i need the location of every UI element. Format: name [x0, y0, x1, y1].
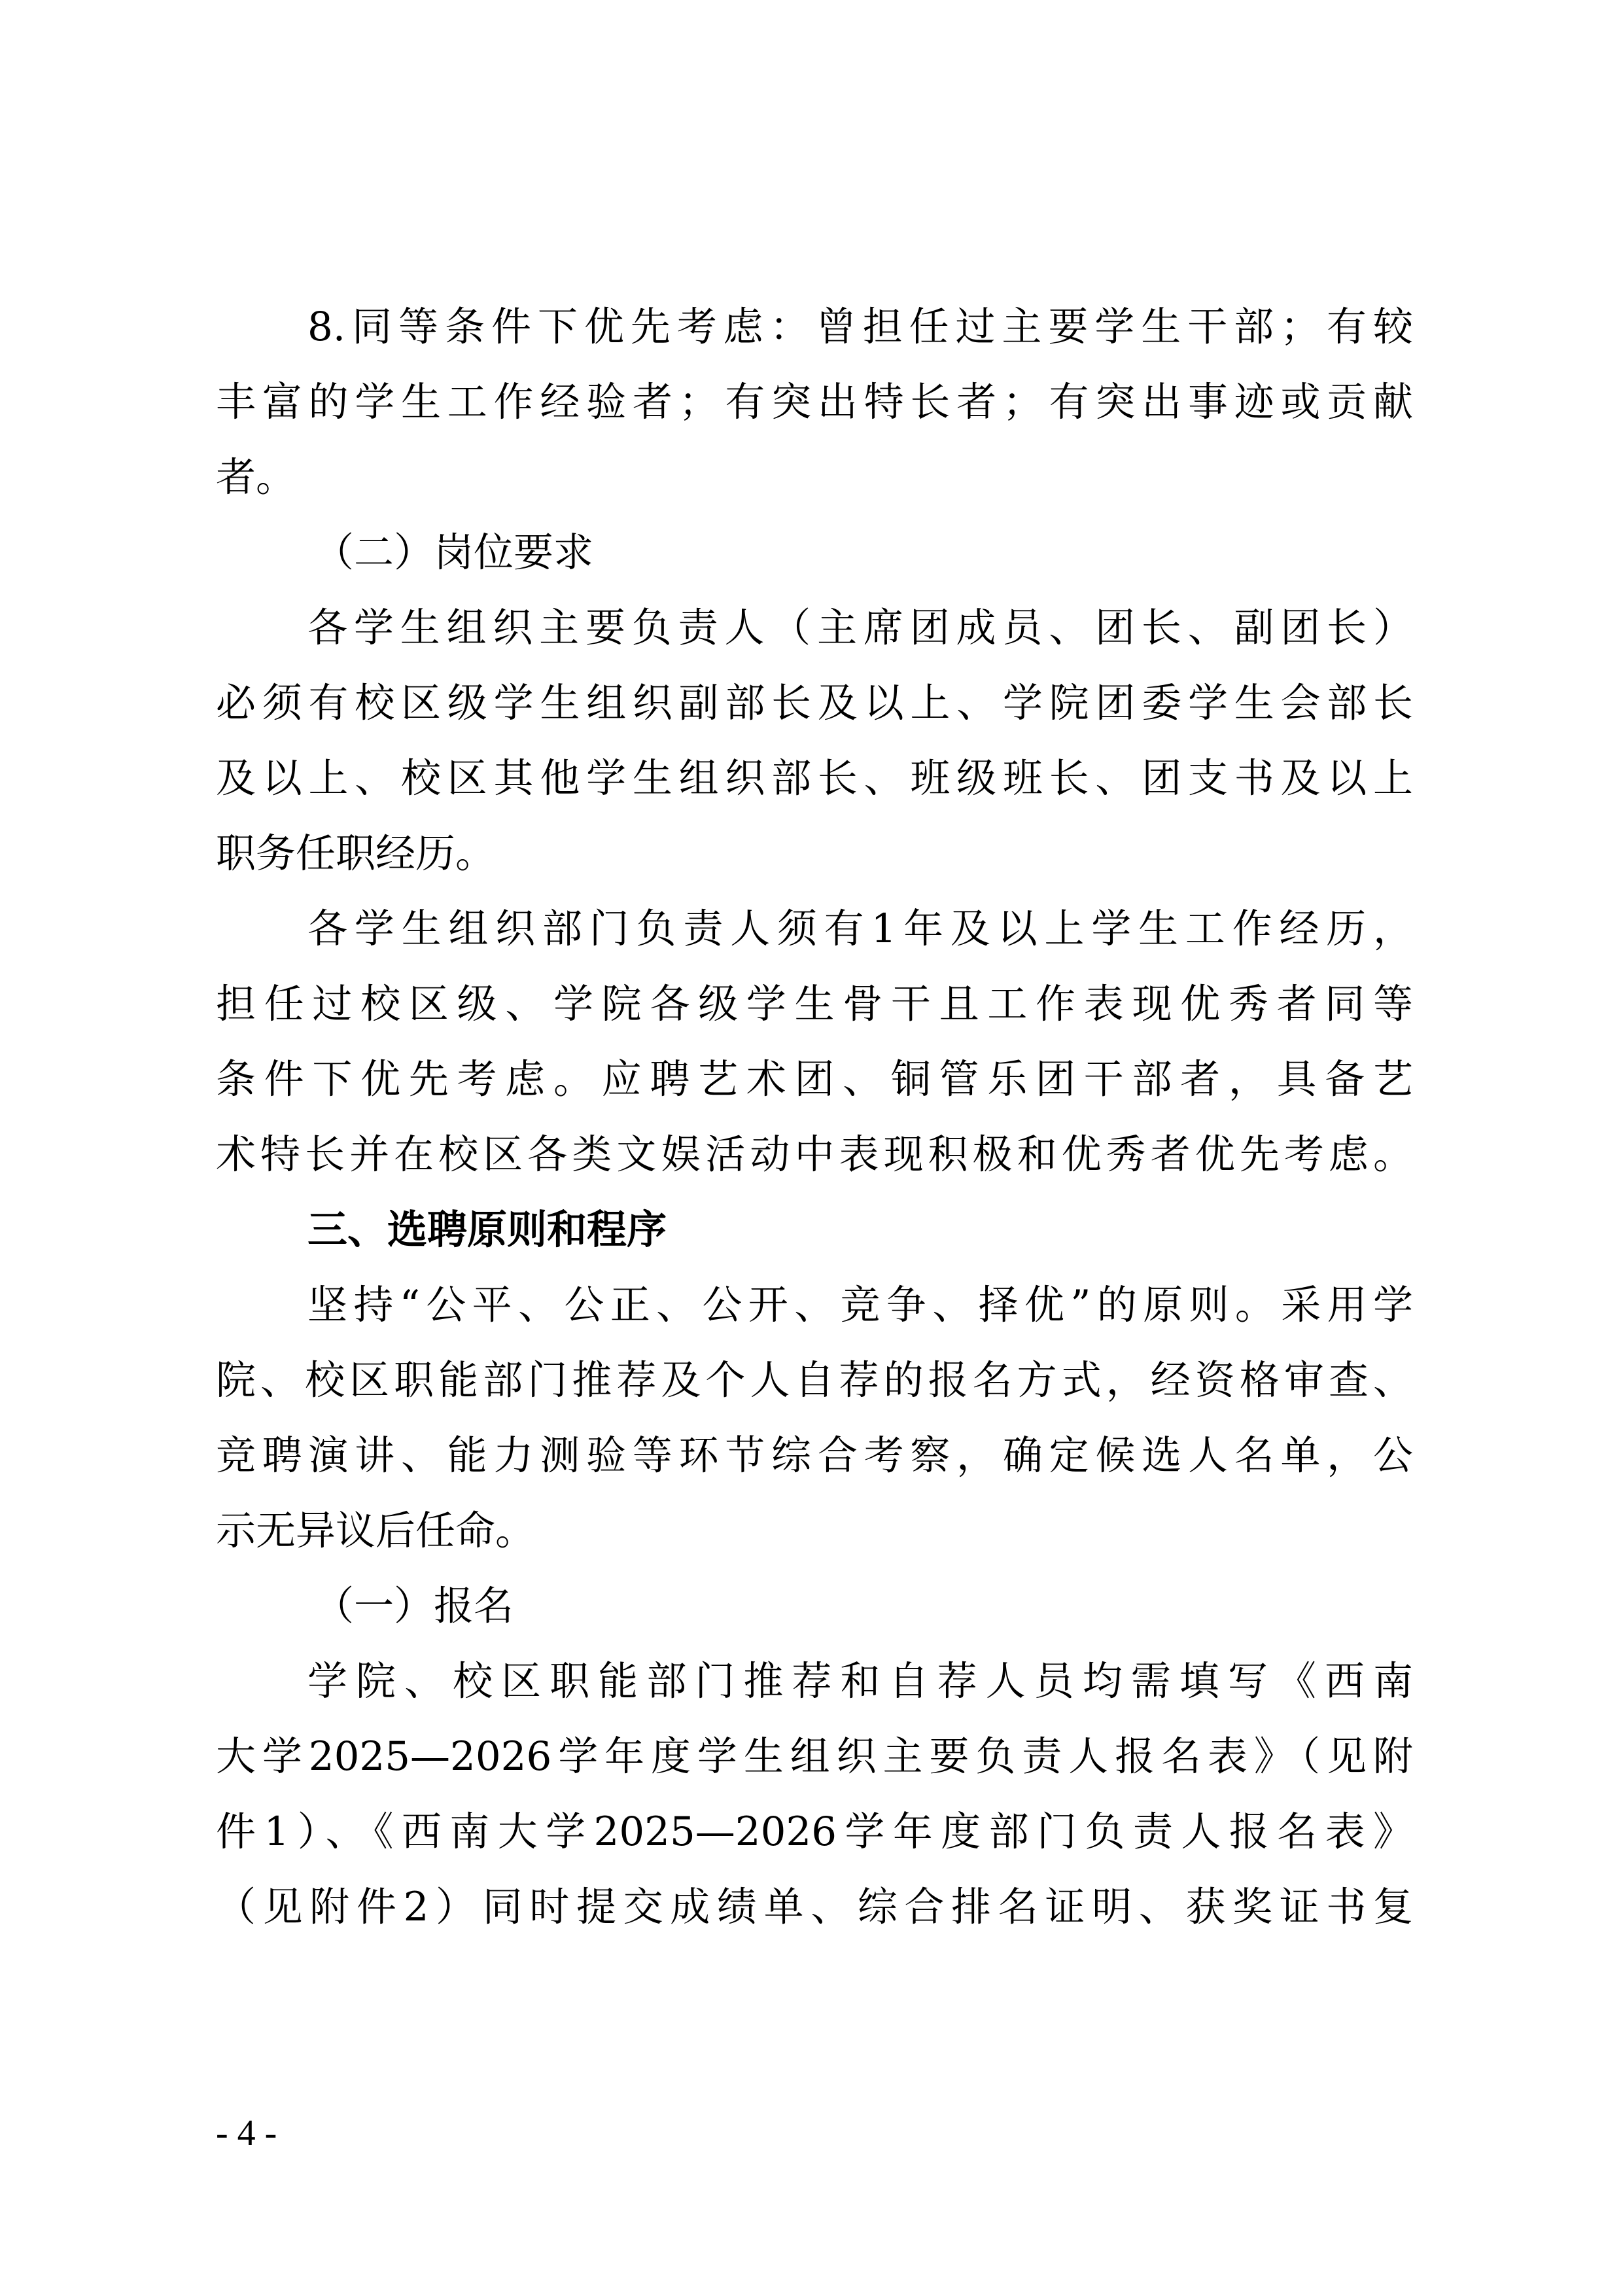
paragraph-line: 示无异议后任命。	[216, 1498, 1413, 1564]
paragraph-line: 必须有校区级学生组织副部长及以上、学院团委学生会部长	[216, 671, 1413, 736]
paragraph-line: （见附件2）同时提交成绩单、综合排名证明、获奖证书复	[216, 1875, 1413, 1940]
paragraph-line: 坚持“公平、公正、公开、竞争、择优”的原则。采用学	[216, 1273, 1413, 1338]
paragraph-line: 竞聘演讲、能力测验等环节综合考察，确定候选人名单，公	[216, 1423, 1413, 1489]
paragraph-line: 条件下优先考虑。应聘艺术团、铜管乐团干部者，具备艺	[216, 1047, 1413, 1112]
paragraph-line: 学院、校区职能部门推荐和自荐人员均需填写《西南	[216, 1649, 1413, 1714]
paragraph-line: 大学2025—2026学年度学生组织主要负责人报名表》（见附	[216, 1724, 1413, 1790]
paragraph-line: 丰富的学生工作经验者；有突出特长者；有突出事迹或贡献	[216, 370, 1413, 435]
paragraph-line: 术特长并在校区各类文娱活动中表现积极和优秀者优先考虑。	[216, 1122, 1413, 1188]
subheading-job-requirements: （二）岗位要求	[216, 520, 1413, 586]
paragraph-line: 及以上、校区其他学生组织部长、班级班长、团支书及以上	[216, 746, 1413, 811]
subheading-registration: （一）报名	[216, 1574, 1413, 1639]
page-number: - 4 -	[216, 2107, 277, 2159]
paragraph-line: 8.同等条件下优先考虑：曾担任过主要学生干部；有较	[216, 294, 1413, 360]
paragraph-line: 件1）、《西南大学2025—2026学年度部门负责人报名表》	[216, 1799, 1413, 1865]
section-heading-principles: 三、选聘原则和程序	[216, 1197, 1413, 1263]
paragraph-line: 职务任职经历。	[216, 821, 1413, 887]
paragraph-line: 者。	[216, 445, 1413, 510]
paragraph-line: 各学生组织部门负责人须有1年及以上学生工作经历，	[216, 896, 1413, 962]
paragraph-line: 担任过校区级、学院各级学生骨干且工作表现优秀者同等	[216, 972, 1413, 1037]
paragraph-line: 各学生组织主要负责人（主席团成员、团长、副团长）	[216, 595, 1413, 661]
paragraph-line: 院、校区职能部门推荐及个人自荐的报名方式，经资格审查、	[216, 1348, 1413, 1413]
